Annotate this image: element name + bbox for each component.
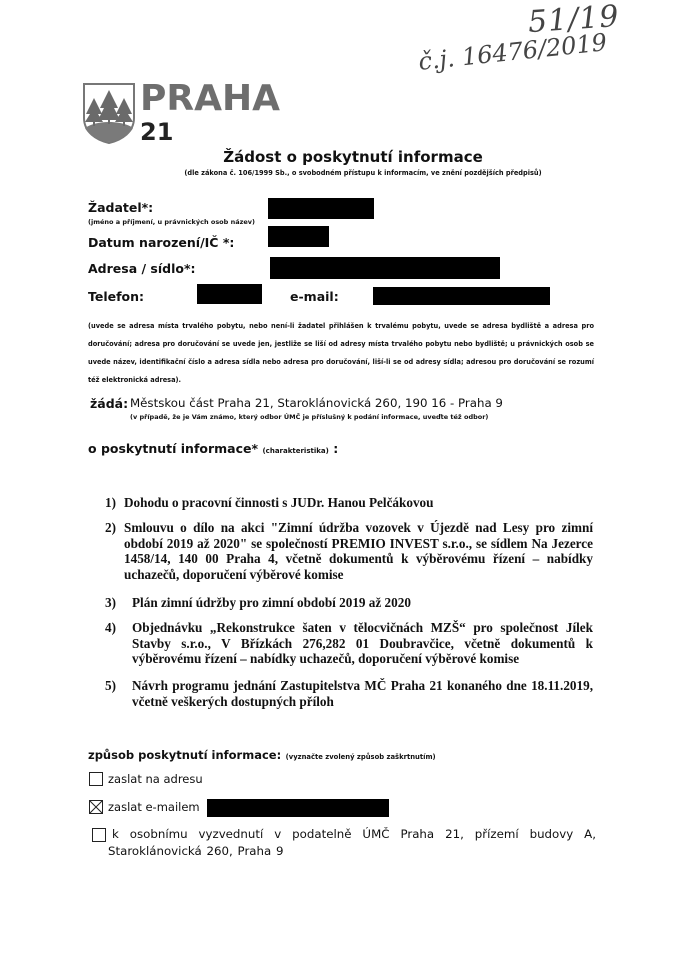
page-subtitle: (dle zákona č. 106/1999 Sb., o svobodném…	[0, 169, 676, 177]
list-item: 1) Dohodu o pracovní činnosti s JUDr. Ha…	[105, 495, 593, 511]
checkbox-send-by-email[interactable]	[89, 800, 103, 814]
item-number: 2)	[105, 520, 116, 536]
phone-label: Telefon:	[88, 289, 144, 304]
item-number: 5)	[105, 678, 116, 694]
item-text: Plán zimní údržby pro zimní období 2019 …	[105, 595, 593, 611]
info-section-header: o poskytnutí informace* (charakteristika…	[88, 440, 338, 458]
email-label: e-mail:	[290, 289, 339, 304]
item-text: Objednávku „Rekonstrukce šaten v tělocvi…	[105, 620, 593, 667]
request-recipient: Městskou část Praha 21, Staroklánovická …	[130, 396, 503, 410]
list-item: 3) Plán zimní údržby pro zimní období 20…	[105, 595, 593, 611]
item-text: Návrh programu jednání Zastupitelstva MČ…	[105, 678, 593, 709]
logo-number-text: 21	[140, 118, 173, 146]
redacted-applicant-name	[268, 198, 374, 219]
redacted-phone	[197, 284, 262, 304]
option-send-by-email: zaslat e-mailem	[108, 800, 200, 814]
list-item: 5) Návrh programu jednání Zastupitelstva…	[105, 678, 593, 709]
option-personal-pickup: k osobnímu vyzvednutí v podatelně ÚMČ Pr…	[108, 826, 596, 860]
info-section-hint: (charakteristika)	[262, 447, 328, 455]
item-number: 3)	[105, 595, 116, 611]
logo-praha-text: PRAHA	[140, 78, 280, 119]
applicant-name-hint: (jméno a příjmení, u právnických osob ná…	[88, 218, 255, 226]
checkbox-cross-icon	[90, 801, 102, 813]
coat-of-arms-trees-icon	[82, 82, 136, 144]
delivery-header: způsob poskytnutí informace: (vyznačte z…	[88, 746, 436, 764]
info-section-label: o poskytnutí informace*	[88, 441, 258, 456]
handwritten-case-number: č.j. 16476/2019	[417, 28, 608, 76]
birth-date-label: Datum narození/IČ *:	[88, 235, 234, 250]
page-title: Žádost o poskytnutí informace	[0, 148, 676, 166]
redacted-email	[373, 287, 550, 305]
list-item: 2) Smlouvu o dílo na akci "Zimní údržba …	[105, 520, 593, 582]
checkbox-personal-pickup[interactable]	[92, 828, 106, 842]
request-label: žádá:	[90, 396, 128, 411]
praha21-logo: PRAHA 21	[82, 82, 252, 148]
item-text: Dohodu o pracovní činnosti s JUDr. Hanou…	[105, 495, 593, 511]
redacted-birth-date	[268, 226, 329, 247]
applicant-name-label: Žadatel*:	[88, 200, 153, 215]
redacted-delivery-email	[207, 799, 389, 817]
delivery-label: způsob poskytnutí informace:	[88, 748, 281, 762]
item-text: Smlouvu o dílo na akci "Zimní údržba voz…	[105, 520, 593, 582]
redacted-address	[270, 257, 500, 279]
list-item: 4) Objednávku „Rekonstrukce šaten v tělo…	[105, 620, 593, 667]
request-hint: (v případě, že je Vám známo, který odbor…	[130, 413, 488, 421]
item-number: 4)	[105, 620, 116, 636]
option-send-to-address: zaslat na adresu	[108, 772, 203, 786]
address-label: Adresa / sídlo*:	[88, 261, 196, 276]
checkbox-send-to-address[interactable]	[89, 772, 103, 786]
item-number: 1)	[105, 495, 116, 511]
delivery-hint: (vyznačte zvolený způsob zaškrtnutím)	[286, 753, 436, 761]
info-section-colon: :	[333, 441, 338, 456]
address-note: (uvede se adresa místa trvalého pobytu, …	[88, 317, 594, 389]
